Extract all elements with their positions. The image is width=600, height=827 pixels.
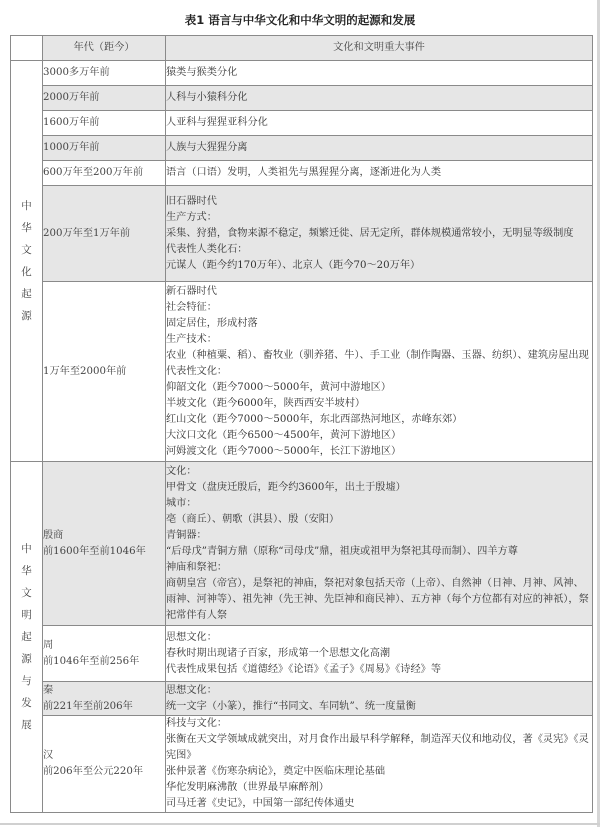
events-cell: 人科与小猿科分化 (166, 86, 593, 111)
events-cell: 科技与文化：张衡在天文学领域成就突出，对月食作出最早科学解释，制造浑天仪和地动仪… (166, 716, 593, 813)
events-cell: 猿类与猴类分化 (166, 61, 593, 86)
era-line: 周 (43, 638, 165, 654)
table-header-row: 年代（距今） 文化和文明重大事件 (11, 36, 593, 61)
event-line: 华佗发明麻沸散（世界最早麻醉剂） (166, 780, 592, 796)
group-label-char: 发 (11, 692, 42, 714)
era-line: 1万年至2000年前 (43, 364, 165, 380)
event-line: 统一文字（小篆），推行“书同文、车同轨”、统一度量衡 (166, 699, 592, 715)
event-line: 文化： (166, 464, 592, 480)
era-line: 前1046年至前256年 (43, 654, 165, 670)
group-label-char: 文 (11, 239, 42, 261)
history-table: 年代（距今） 文化和文明重大事件 中华文化起源3000多万年前猿类与猴类分化20… (10, 35, 593, 813)
era-line: 1000万年前 (43, 140, 165, 156)
event-line: 科技与文化： (166, 716, 592, 732)
group-label-char: 中 (11, 538, 42, 560)
era-line: 秦 (43, 683, 165, 699)
group-label-char: 华 (11, 217, 42, 239)
group-label-char: 文 (11, 582, 42, 604)
era-cell: 600万年至200万年前 (43, 161, 166, 186)
event-line: 人亚科与猩猩亚科分化 (166, 115, 592, 131)
group-label-char: 华 (11, 560, 42, 582)
table-title: 表1 语言与中华文化和中华文明的起源和发展 (0, 12, 600, 28)
table-row: 600万年至200万年前语言（口语）发明，人类祖先与黑猩猩分离，逐渐进化为人类 (11, 161, 593, 186)
events-cell: 思想文化：春秋时期出现诸子百家，形成第一个思想文化高潮代表性成果包括《道德经》《… (166, 626, 593, 682)
era-cell: 1万年至2000年前 (43, 282, 166, 462)
header-era: 年代（距今） (43, 36, 166, 61)
era-cell: 2000万年前 (43, 86, 166, 111)
group-label-char: 起 (11, 626, 42, 648)
table-row: 1000万年前人族与大猩猩分离 (11, 136, 593, 161)
event-line: 语言（口语）发明，人类祖先与黑猩猩分离，逐渐进化为人类 (166, 165, 592, 181)
era-line: 前1600年至前1046年 (43, 544, 165, 560)
event-line: 河姆渡文化（距今7000～5000年，长江下游地区） (166, 444, 592, 460)
era-line: 1600万年前 (43, 115, 165, 131)
era-cell: 秦前221年至前206年 (43, 682, 166, 716)
events-cell: 人亚科与猩猩亚科分化 (166, 111, 593, 136)
era-line: 汉 (43, 748, 165, 764)
table-row: 1万年至2000年前新石器时代社会特征：固定居住，形成村落生产技术：农业（种植粟… (11, 282, 593, 462)
era-line: 前206年至公元220年 (43, 764, 165, 780)
event-line: 固定居住，形成村落 (166, 316, 592, 332)
group-label-char: 源 (11, 305, 42, 327)
event-line: 半坡文化（距今6000年，陕西西安半坡村） (166, 396, 592, 412)
event-line: 猿类与猴类分化 (166, 65, 592, 81)
group-label-char: 源 (11, 648, 42, 670)
page-edge (0, 823, 600, 825)
era-line: 600万年至200万年前 (43, 165, 165, 181)
event-line: 青铜器： (166, 528, 592, 544)
group-label-char: 中 (11, 195, 42, 217)
era-cell: 汉前206年至公元220年 (43, 716, 166, 813)
header-events: 文化和文明重大事件 (166, 36, 593, 61)
table-row: 周前1046年至前256年思想文化：春秋时期出现诸子百家，形成第一个思想文化高潮… (11, 626, 593, 682)
event-line: 代表性人类化石： (166, 242, 592, 258)
event-line: 张衡在天文学领域成就突出，对月食作出最早科学解释，制造浑天仪和地动仪，著《灵宪》… (166, 732, 592, 764)
event-line: 大汶口文化（距今6500～4500年，黄河下游地区） (166, 428, 592, 444)
events-cell: 思想文化：统一文字（小篆），推行“书同文、车同轨”、统一度量衡 (166, 682, 593, 716)
event-line: 元谋人（距今约170万年）、北京人（距今70～20万年） (166, 258, 592, 274)
event-line: 仰韶文化（距今7000～5000年，黄河中游地区） (166, 380, 592, 396)
event-line: 甲骨文（盘庚迁殷后，距今约3600年，出土于殷墟） (166, 480, 592, 496)
group-label-char: 化 (11, 261, 42, 283)
era-cell: 1600万年前 (43, 111, 166, 136)
group-label-char: 起 (11, 283, 42, 305)
event-line: 商朝皇宫（帝宫），是祭祀的神庙，祭祀对象包括天帝（上帝）、自然神（日神、月神、风… (166, 576, 592, 624)
era-cell: 周前1046年至前256年 (43, 626, 166, 682)
era-cell: 3000多万年前 (43, 61, 166, 86)
header-group-cell (11, 36, 43, 61)
events-cell: 人族与大猩猩分离 (166, 136, 593, 161)
era-line: 3000多万年前 (43, 65, 165, 81)
event-line: 生产技术： (166, 332, 592, 348)
group-label-char: 明 (11, 604, 42, 626)
era-line: 殷商 (43, 528, 165, 544)
event-line: 新石器时代 (166, 284, 592, 300)
event-line: 司马迁著《史记》，中国第一部纪传体通史 (166, 796, 592, 812)
event-line: 人族与大猩猩分离 (166, 140, 592, 156)
event-line: 城市： (166, 496, 592, 512)
group-label: 中华文明起源与发展 (11, 462, 43, 813)
event-line: 神庙和祭祀： (166, 560, 592, 576)
events-cell: 新石器时代社会特征：固定居住，形成村落生产技术：农业（种植粟、稻）、畜牧业（驯养… (166, 282, 593, 462)
event-line: 亳（商丘）、朝歌（淇县）、殷（安阳） (166, 512, 592, 528)
table-row: 中华文明起源与发展殷商前1600年至前1046年文化：甲骨文（盘庚迁殷后，距今约… (11, 462, 593, 626)
era-cell: 200万年至1万年前 (43, 186, 166, 282)
era-cell: 殷商前1600年至前1046年 (43, 462, 166, 626)
event-line: “后母戊”青铜方鼎（原称“司母戊”鼎，祖庚或祖甲为祭祀其母而制）、四羊方尊 (166, 544, 592, 560)
table-row: 2000万年前人科与小猿科分化 (11, 86, 593, 111)
event-line: 农业（种植粟、稻）、畜牧业（驯养猪、牛）、手工业（制作陶器、玉器、纺织）、建筑房… (166, 348, 592, 364)
events-cell: 语言（口语）发明，人类祖先与黑猩猩分离，逐渐进化为人类 (166, 161, 593, 186)
event-line: 生产方式： (166, 210, 592, 226)
table-row: 秦前221年至前206年思想文化：统一文字（小篆），推行“书同文、车同轨”、统一… (11, 682, 593, 716)
table-row: 中华文化起源3000多万年前猿类与猴类分化 (11, 61, 593, 86)
event-line: 旧石器时代 (166, 194, 592, 210)
group-label-char: 与 (11, 670, 42, 692)
event-line: 采集、狩猎，食物来源不稳定，频繁迁徙、居无定所，群体规模通常较小，无明显等级制度 (166, 226, 592, 242)
event-line: 人科与小猿科分化 (166, 90, 592, 106)
era-cell: 1000万年前 (43, 136, 166, 161)
table-row: 1600万年前人亚科与猩猩亚科分化 (11, 111, 593, 136)
events-cell: 旧石器时代生产方式：采集、狩猎，食物来源不稳定，频繁迁徙、居无定所，群体规模通常… (166, 186, 593, 282)
group-label: 中华文化起源 (11, 61, 43, 462)
event-line: 代表性成果包括《道德经》《论语》《孟子》《周易》《诗经》等 (166, 662, 592, 678)
group-label-char: 展 (11, 714, 42, 736)
table-row: 200万年至1万年前旧石器时代生产方式：采集、狩猎，食物来源不稳定，频繁迁徙、居… (11, 186, 593, 282)
event-line: 代表性文化： (166, 364, 592, 380)
event-line: 春秋时期出现诸子百家，形成第一个思想文化高潮 (166, 646, 592, 662)
era-line: 2000万年前 (43, 90, 165, 106)
event-line: 思想文化： (166, 630, 592, 646)
event-line: 张仲景著《伤寒杂病论》，奠定中医临床理论基础 (166, 764, 592, 780)
table-row: 汉前206年至公元220年科技与文化：张衡在天文学领域成就突出，对月食作出最早科… (11, 716, 593, 813)
event-line: 思想文化： (166, 683, 592, 699)
era-line: 200万年至1万年前 (43, 226, 165, 242)
event-line: 红山文化（距今7000～5000年，东北西部热河地区，赤峰东郊） (166, 412, 592, 428)
era-line: 前221年至前206年 (43, 699, 165, 715)
events-cell: 文化：甲骨文（盘庚迁殷后，距今约3600年，出土于殷墟）城市：亳（商丘）、朝歌（… (166, 462, 593, 626)
event-line: 社会特征： (166, 300, 592, 316)
